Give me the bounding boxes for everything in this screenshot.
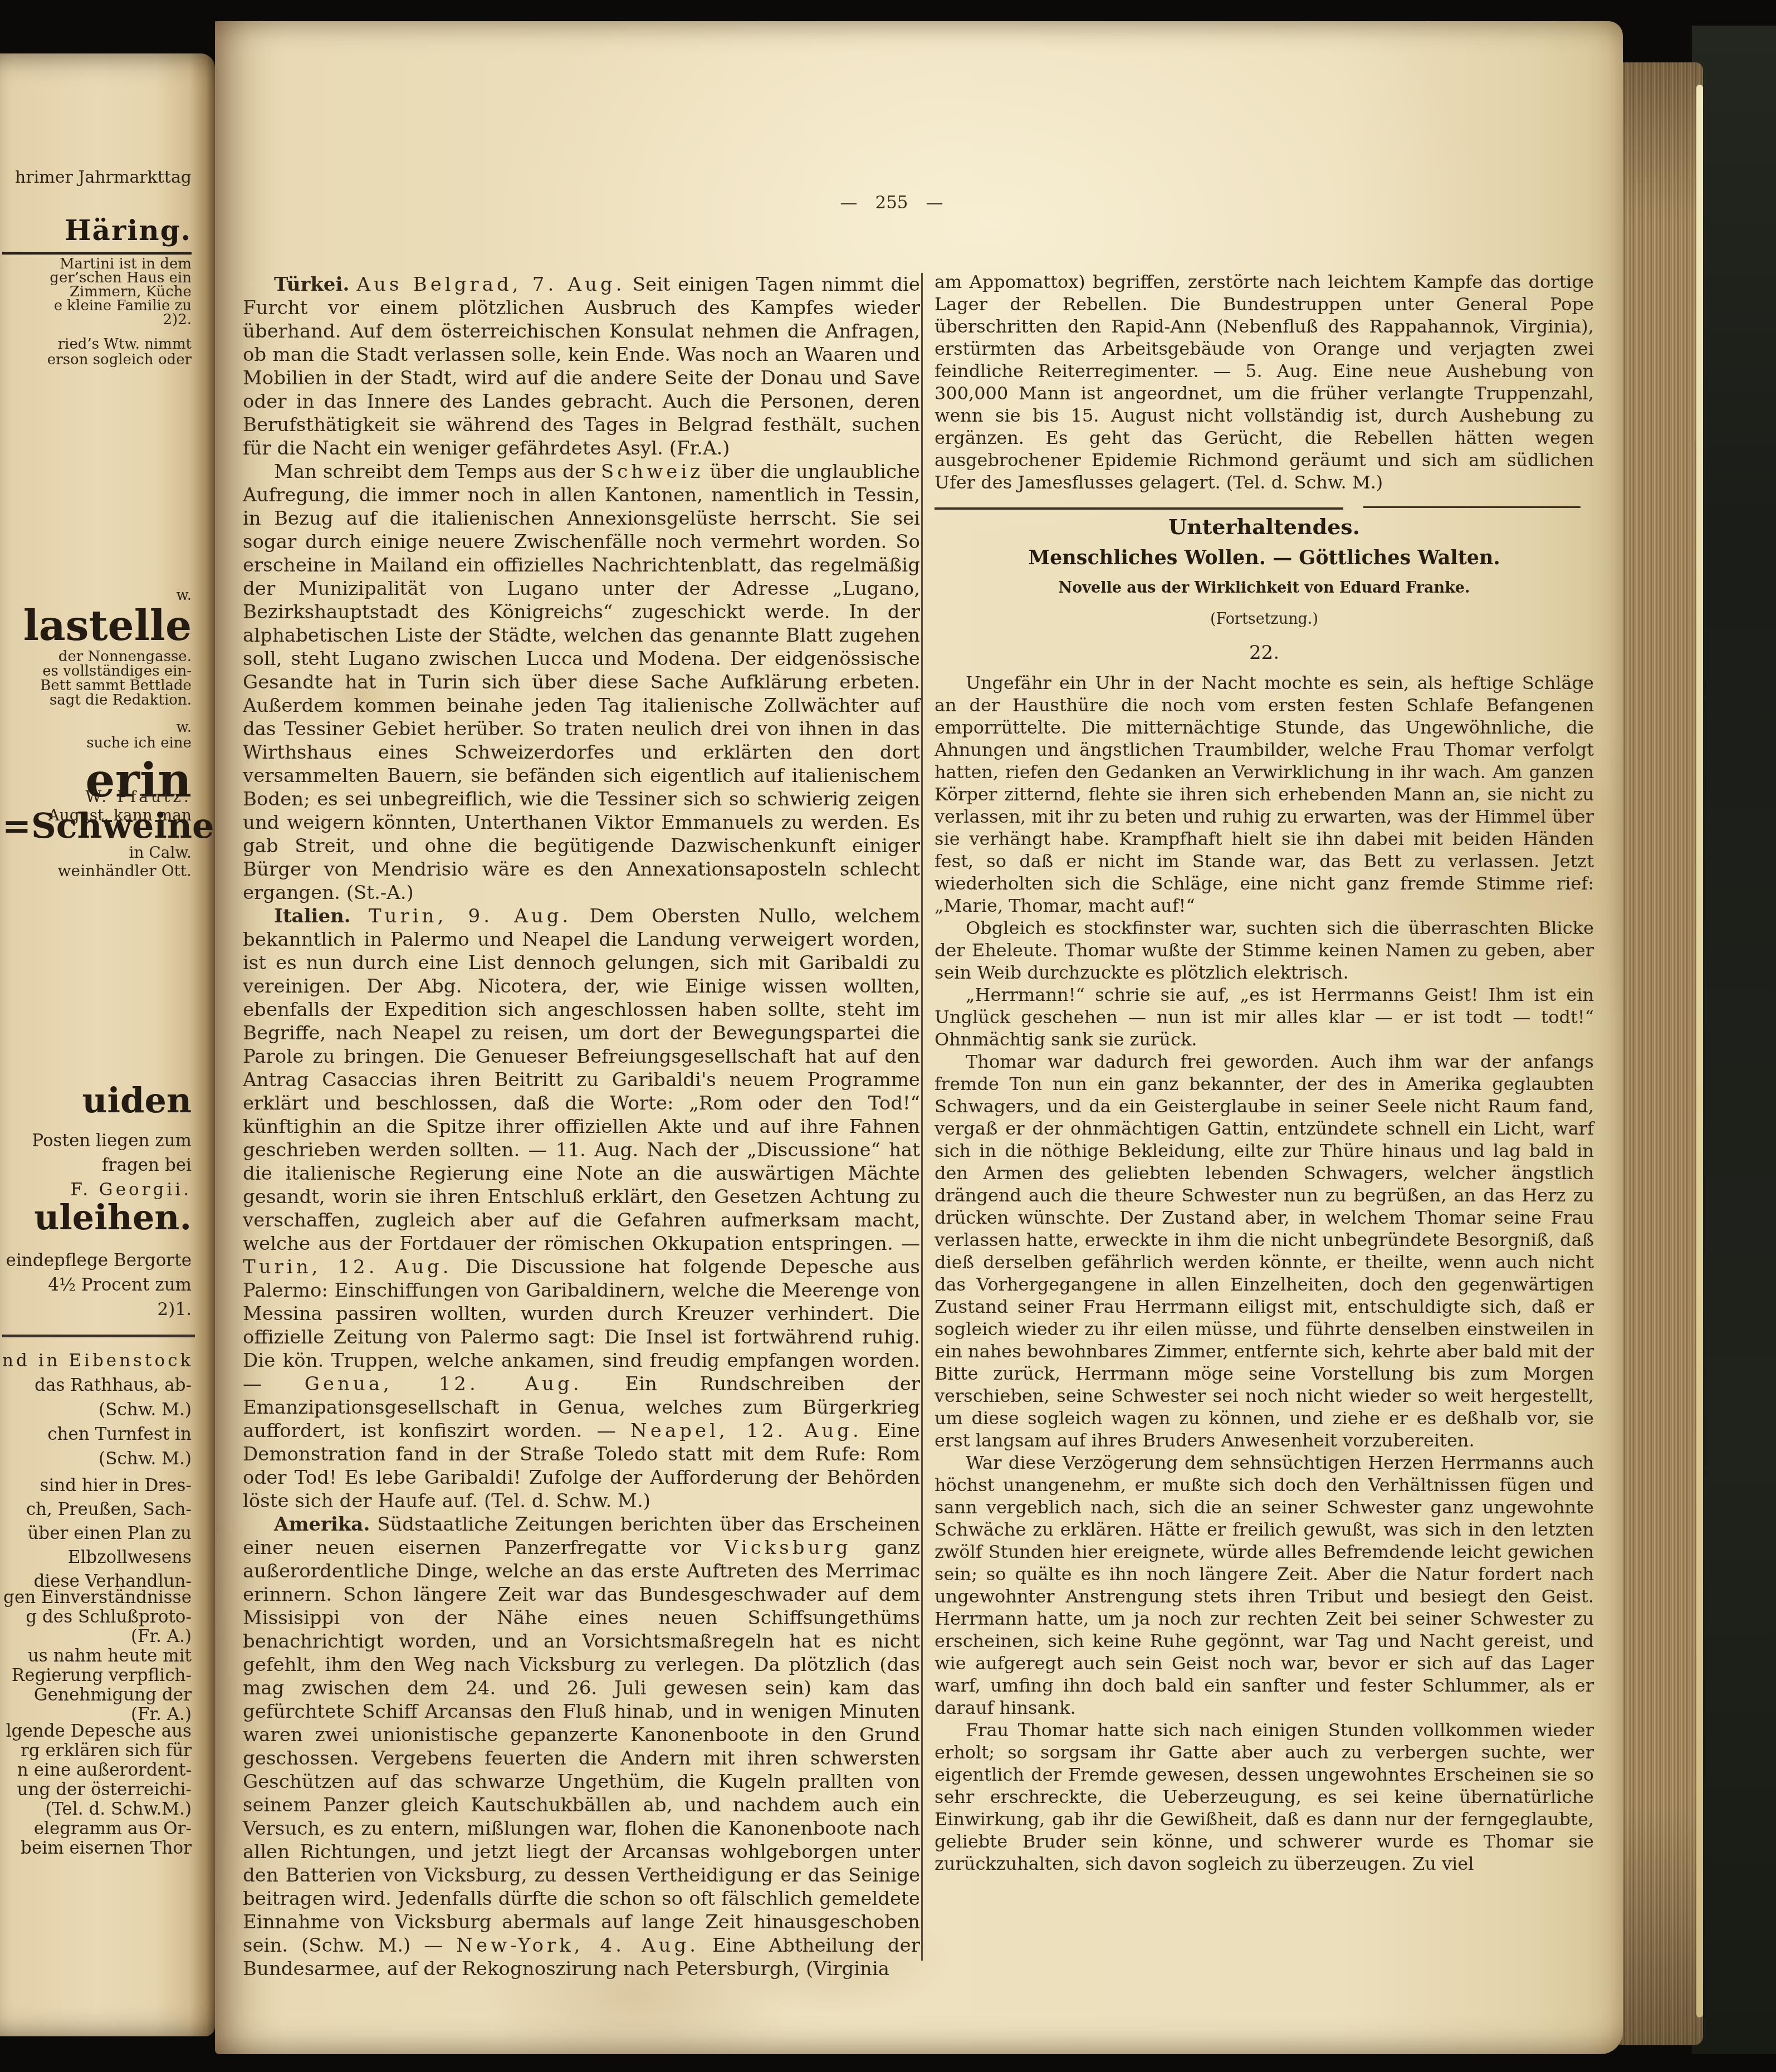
divider-segment-right: [1363, 506, 1581, 508]
text-segment: Man schreibt dem Temps aus der: [274, 461, 601, 483]
text-segment: War diese Verzögerung dem sehnsüchtigen …: [935, 1452, 1594, 1718]
ad-fragment: uleihen.: [2, 1198, 192, 1237]
story-text: Ungefähr ein Uhr in der Nacht mochte es …: [935, 672, 1594, 1875]
ad-fragment-line: hrimer Jahrmarkttag: [2, 168, 192, 187]
text-segment: Obgleich es stockfinster war, suchten si…: [935, 917, 1594, 983]
paragraph: War diese Verzögerung dem sehnsüchtigen …: [935, 1452, 1594, 1719]
ad-fragment-line: das Rathhaus, ab-: [2, 1373, 192, 1397]
left-page-fragment: hrimer JahrmarkttagHäring.Martini ist in…: [0, 53, 215, 2036]
text-segment: New-York, 4. Aug.: [456, 1934, 699, 1957]
ad-fragment-line: 2)1.: [2, 1297, 192, 1322]
paragraph: „Herrmann!“ schrie sie auf, „es ist Herr…: [935, 984, 1594, 1050]
ad-fragment-line: Regierung verpflich-: [2, 1666, 192, 1685]
ad-fragment-line: Posten liegen zum: [2, 1128, 192, 1153]
ad-fragment-line: Elbzollwesens: [2, 1546, 192, 1570]
page-number-value: 255: [875, 193, 908, 213]
ad-fragment-line: uiden: [2, 1081, 192, 1120]
paragraph: Frau Thomar hatte sich nach einigen Stun…: [935, 1719, 1594, 1875]
ad-fragment-line: (Fr. A.): [2, 1627, 192, 1646]
ad-fragment: Martini ist in demger’schen Haus einZimm…: [2, 257, 192, 327]
paragraph: Amerika. Südstaatliche Zeitungen bericht…: [243, 1513, 920, 1981]
ad-fragment-line: sind hier in Dres-: [2, 1474, 192, 1498]
page-edge-stack: [1618, 62, 1703, 2045]
ad-fragment: w.suche ich eine: [2, 720, 192, 751]
paragraph: Obgleich es stockfinster war, suchten si…: [935, 917, 1594, 984]
ad-fragment-line: Bett sammt Bettlade: [2, 678, 192, 693]
ad-fragment-line: w.: [2, 588, 192, 603]
text-segment: über die unglaubliche Aufregung, die imm…: [243, 461, 920, 904]
ad-fragment-line: der Nonnengasse.: [2, 649, 192, 664]
text-segment: [349, 273, 356, 296]
politics-continuation: am Appomattox) begriffen, zerstörte nach…: [935, 271, 1594, 493]
ad-fragment-line: erson sogleich oder: [2, 352, 192, 368]
text-segment: Italien.: [274, 905, 351, 927]
ad-fragment-line: nd in Eibenstock: [2, 1348, 192, 1373]
ad-fragment: sind hier in Dres-ch, Preußen, Sach-über…: [2, 1474, 192, 1594]
text-segment: Ungefähr ein Uhr in der Nacht mochte es …: [935, 672, 1594, 916]
text-segment: Vicksburg: [725, 1537, 852, 1559]
feuilleton-column: am Appomattox) begriffen, zerstörte nach…: [935, 271, 1594, 1875]
story-subtitle: Novelle aus der Wirklichkeit von Eduard …: [935, 577, 1594, 599]
newspaper-page: —255— Türkei. Aus Belgrad, 7. Aug. Seit …: [215, 21, 1623, 2054]
ad-fragment-line: beim eisernen Thor: [2, 1839, 192, 1858]
ad-fragment: hrimer Jahrmarkttag: [2, 168, 192, 187]
ad-fragment: =Schweine: [2, 807, 192, 845]
ad-divider-rule: [2, 1335, 195, 1337]
chapter-number: 22.: [935, 642, 1594, 664]
text-segment: am Appomattox) begriffen, zerstörte nach…: [935, 271, 1594, 493]
ad-fragment-line: in Calw.: [2, 843, 192, 862]
continuation-note: (Fortsetzung.): [935, 608, 1594, 631]
ad-fragment: ried’s Wtw. nimmterson sogleich oder: [2, 336, 192, 368]
ad-fragment: lgende Depesche ausrg erklären sich fürn…: [2, 1722, 192, 1858]
ad-fragment-line: über einen Plan zu: [2, 1522, 192, 1546]
ad-fragment: in Calw.weinhändler Ott.: [2, 843, 192, 880]
ad-fragment-line: suche ich eine: [2, 735, 192, 751]
ad-fragment-line: 4½ Procent zum: [2, 1273, 192, 1297]
ad-fragment: gen Einverständnisseg des Schlußproto-(F…: [2, 1588, 192, 1724]
text-segment: Turin, 9. Aug.: [369, 905, 571, 927]
ad-fragment-line: Genehmigung der: [2, 1685, 192, 1705]
ad-fragment-line: n eine außerordent-: [2, 1761, 192, 1780]
paragraph: Türkei. Aus Belgrad, 7. Aug. Seit einige…: [243, 273, 920, 460]
section-divider-rule: [935, 506, 1594, 508]
text-segment: „Herrmann!“ schrie sie auf, „es ist Herr…: [935, 984, 1594, 1050]
ad-fragment-line: weinhändler Ott.: [2, 862, 192, 880]
ad-fragment-line: =Schweine: [2, 807, 192, 845]
ad-fragment-line: uleihen.: [2, 1198, 192, 1237]
ad-fragment-line: rg erklären sich für: [2, 1741, 192, 1761]
news-column: Türkei. Aus Belgrad, 7. Aug. Seit einige…: [243, 273, 920, 1981]
ad-fragment-line: (Tel. d. Schw.M.): [2, 1800, 192, 1819]
section-title: Unterhaltendes.: [935, 516, 1594, 538]
ad-fragment-line: Häring.: [2, 215, 192, 255]
ad-fragment: uiden: [2, 1081, 192, 1120]
text-segment: Turin, 12. Aug.: [243, 1256, 452, 1278]
ad-fragment-line: es vollständiges ein-: [2, 664, 192, 678]
ad-fragment-line: us nahm heute mit: [2, 1646, 192, 1666]
ad-fragment: Häring.: [2, 215, 192, 255]
ad-fragment-line: fragen bei: [2, 1153, 192, 1177]
paragraph: Man schreibt dem Temps aus der Schweiz ü…: [243, 460, 920, 905]
ad-fragment-line: ried’s Wtw. nimmt: [2, 336, 192, 352]
text-segment: Thomar war dadurch frei geworden. Auch i…: [935, 1051, 1594, 1451]
ad-fragment-line: eindepflege Bergorte: [2, 1248, 192, 1273]
paragraph: Italien. Turin, 9. Aug. Dem Obersten Nul…: [243, 905, 920, 1513]
page-edge-highlight: [1696, 85, 1703, 2017]
text-segment: Seit einigen Tagen nimmt die Furcht vor …: [243, 273, 920, 460]
ad-fragment: nd in Eibenstockdas Rathhaus, ab-(Schw. …: [2, 1348, 192, 1471]
text-segment: Dem Obersten Nullo, welchem bekanntlich …: [243, 905, 920, 1255]
ad-fragment: Posten liegen zumfragen beiF. Georgii.: [2, 1128, 192, 1202]
text-segment: Schweiz: [601, 461, 703, 483]
ad-fragment-line: (Schw. M.): [2, 1397, 192, 1422]
ad-fragment-line: elegramm aus Or-: [2, 1819, 192, 1839]
ad-fragment-line: 2)2.: [2, 313, 192, 327]
text-segment: ganz außerordentliche Dinge, welche an d…: [243, 1537, 920, 1957]
text-segment: Amerika.: [274, 1513, 370, 1536]
ad-fragment-line: g des Schlußproto-: [2, 1607, 192, 1627]
column-divider-rule: [921, 273, 923, 1961]
page-number: —255—: [215, 193, 1568, 213]
paragraph: Thomar war dadurch frei geworden. Auch i…: [935, 1050, 1594, 1452]
story-title: Menschliches Wollen. — Göttliches Walten…: [935, 547, 1594, 569]
text-segment: Neapel, 12. Aug.: [630, 1420, 862, 1442]
text-segment: Aus Belgrad, 7. Aug.: [357, 273, 625, 296]
ad-fragment: eindepflege Bergorte4½ Procent zum2)1.: [2, 1248, 192, 1322]
ad-fragment-line: gen Einverständnisse: [2, 1588, 192, 1607]
page-number-dash: —: [926, 193, 943, 213]
ad-fragment-line: W. Pfautz.: [2, 788, 192, 806]
ad-fragment-line: lgende Depesche aus: [2, 1722, 192, 1741]
ad-fragment-line: chen Turnfest in: [2, 1422, 192, 1447]
ad-fragment-line: ung der österreichi-: [2, 1780, 192, 1800]
ad-fragment-line: sagt die Redaktion.: [2, 693, 192, 707]
ad-fragment-line: w.: [2, 720, 192, 735]
book-cover: [1692, 26, 1776, 2054]
ad-fragment-line: lastelle: [2, 603, 192, 649]
text-segment: Türkei.: [274, 273, 349, 296]
text-segment: [351, 905, 369, 927]
ad-fragment-line: ch, Preußen, Sach-: [2, 1498, 192, 1522]
paragraph: am Appomattox) begriffen, zerstörte nach…: [935, 271, 1594, 493]
page-number-dash: —: [840, 193, 857, 213]
ad-fragment: w.lastelleder Nonnengasse.es vollständig…: [2, 588, 192, 707]
paragraph: Ungefähr ein Uhr in der Nacht mochte es …: [935, 672, 1594, 917]
ad-fragment-line: (Schw. M.): [2, 1447, 192, 1471]
text-segment: Genua, 12. Aug.: [305, 1373, 583, 1395]
divider-segment-left: [935, 507, 1343, 510]
text-segment: Frau Thomar hatte sich nach einigen Stun…: [935, 1719, 1594, 1874]
